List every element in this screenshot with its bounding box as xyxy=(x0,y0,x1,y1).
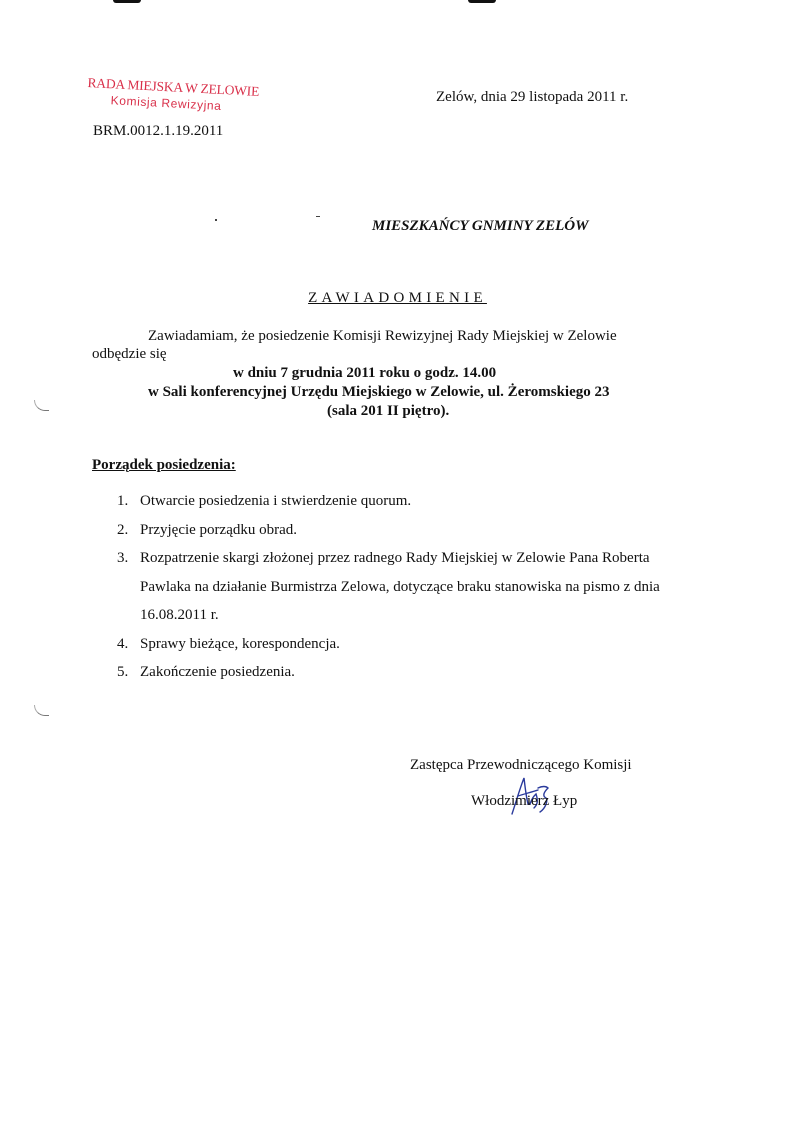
agenda-title: Porządek posiedzenia: xyxy=(92,457,236,474)
agenda-item-continuation: 16.08.2011 r. xyxy=(140,607,219,624)
margin-hole-mark xyxy=(34,705,49,716)
place-and-date: Zelów, dnia 29 listopada 2011 r. xyxy=(436,89,628,106)
agenda-item-number: 2. xyxy=(117,522,140,539)
agenda-item: 2.Przyjęcie porządku obrad. xyxy=(117,522,297,539)
agenda-item-number: 3. xyxy=(117,550,140,567)
agenda-item-number: 1. xyxy=(117,493,140,510)
intro-line-1: Zawiadamiam, że posiedzenie Komisji Rewi… xyxy=(148,328,617,345)
scan-mark xyxy=(113,0,141,3)
agenda-item: 1.Otwarcie posiedzenia i stwierdzenie qu… xyxy=(117,493,411,510)
agenda-item-number: 5. xyxy=(117,664,140,681)
agenda-item: 5.Zakończenie posiedzenia. xyxy=(117,664,295,681)
meeting-location: w Sali konferencyjnej Urzędu Miejskiego … xyxy=(148,384,609,401)
agenda-item-text: Przyjęcie porządku obrad. xyxy=(140,522,297,538)
scan-speck xyxy=(215,219,217,221)
reference-number: BRM.0012.1.19.2011 xyxy=(93,123,223,140)
agenda-item-number: 4. xyxy=(117,636,140,653)
scan-mark xyxy=(468,0,496,3)
agenda-item-continuation: Pawlaka na działanie Burmistrza Zelowa, … xyxy=(140,579,660,596)
agenda-item-text: Zakończenie posiedzenia. xyxy=(140,664,295,680)
meeting-date-time: w dniu 7 grudnia 2011 roku o godz. 14.00 xyxy=(233,365,496,382)
addressee: MIESZKAŃCY GNMINY ZELÓW xyxy=(372,218,588,235)
agenda-item-text: Otwarcie posiedzenia i stwierdzenie quor… xyxy=(140,493,411,509)
agenda-item: 4.Sprawy bieżące, korespondencja. xyxy=(117,636,340,653)
document-title: ZAWIADOMIENIE xyxy=(306,290,487,306)
document-title-wrap: ZAWIADOMIENIE xyxy=(0,290,793,307)
signatory-role: Zastępca Przewodniczącego Komisji xyxy=(410,757,632,774)
meeting-room: (sala 201 II piętro). xyxy=(327,403,449,420)
agenda-item: 3.Rozpatrzenie skargi złożonej przez rad… xyxy=(117,550,650,567)
agenda-item-text: Rozpatrzenie skargi złożonej przez radne… xyxy=(140,550,650,566)
signatory-name: Włodzimierz Łyp xyxy=(471,793,577,810)
intro-line-2: odbędzie się xyxy=(92,346,167,363)
official-stamp: RADA MIEJSKA W ZELOWIE Komisja Rewizyjna xyxy=(86,75,259,115)
scan-speck xyxy=(316,216,320,217)
margin-hole-mark xyxy=(34,400,49,411)
agenda-item-text: Sprawy bieżące, korespondencja. xyxy=(140,636,340,652)
